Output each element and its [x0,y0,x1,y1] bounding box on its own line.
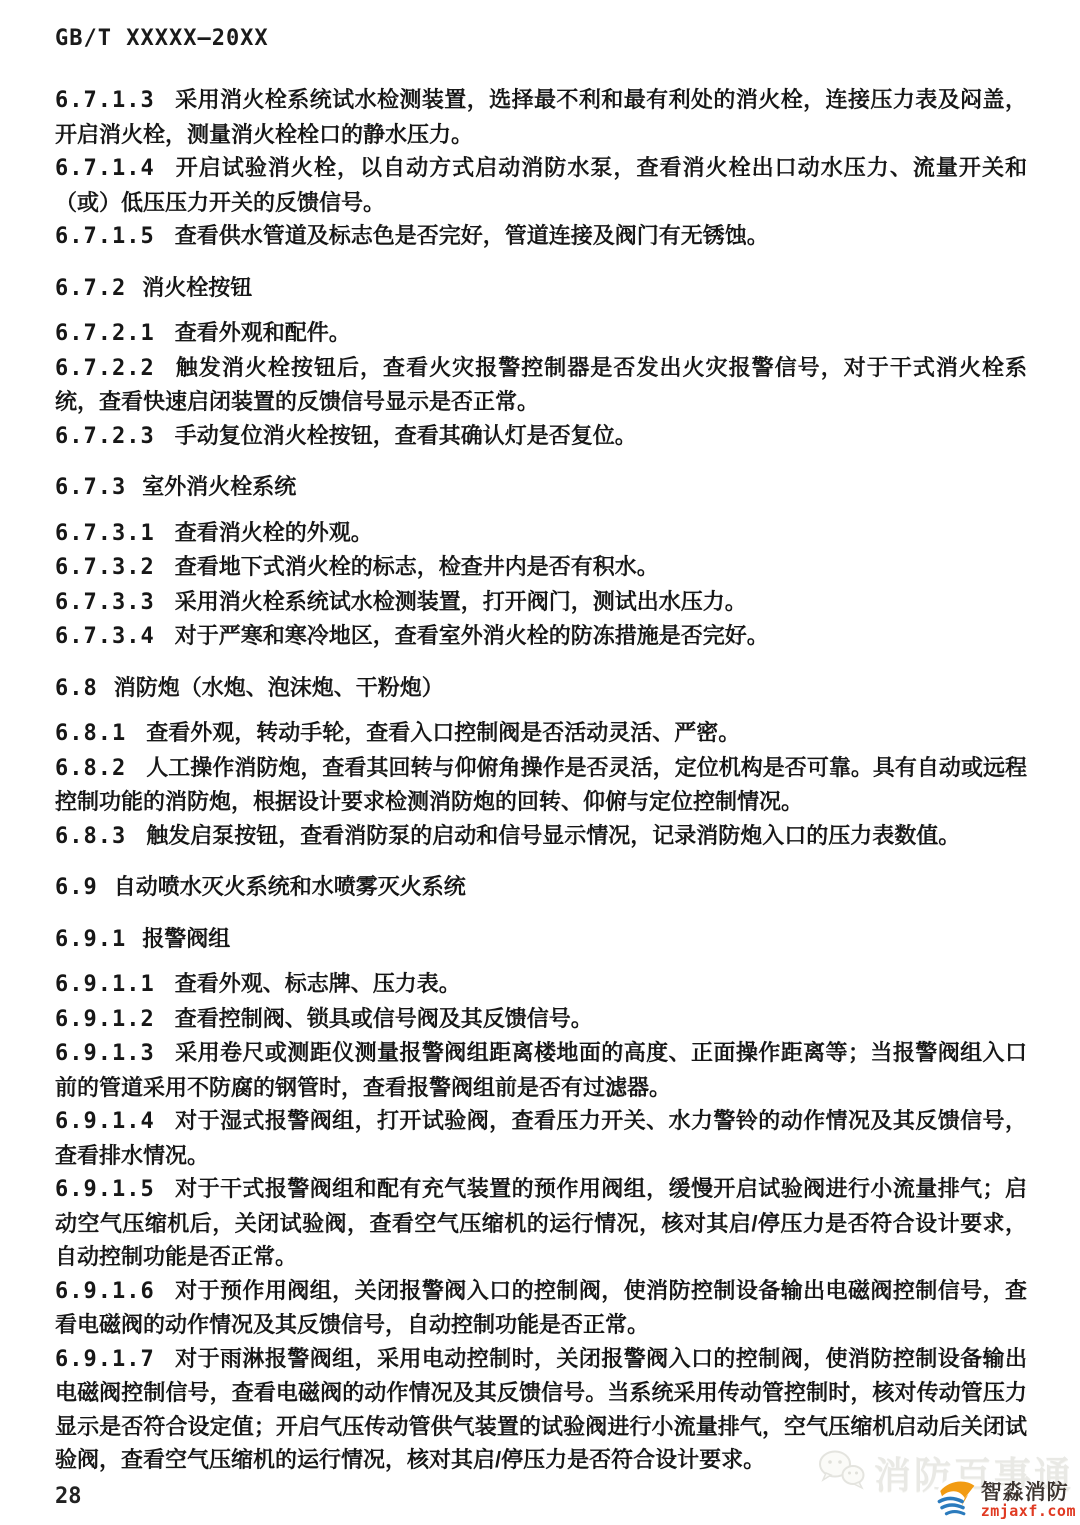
clause-text: 对于预作用阀组，关闭报警阀入口的控制阀，使消防控制设备输出电磁阀控制信号，查看电… [55,1278,1027,1338]
clause-number: 6.9 [55,875,114,900]
clause-number: 6.9.1.2 [55,1007,175,1032]
section-title: 消火栓按钮 [142,275,252,300]
clause-paragraph: 6.8.1查看外观，转动手轮，查看入口控制阀是否活动灵活、严密。 [55,716,1027,751]
clause-paragraph: 6.8.3触发启泵按钮，查看消防泵的启动和信号显示情况，记录消防炮入口的压力表数… [55,819,1027,854]
clause-text: 查看外观和配件。 [175,320,351,345]
section-heading: 6.8消防炮（水炮、泡沫炮、干粉炮） [55,671,1027,706]
document-page: GB/T XXXXX—20XX 6.7.1.3采用消火栓系统试水检测装置，选择最… [0,0,1080,1525]
clause-number: 6.7.2.1 [55,321,175,346]
clause-number: 6.9.1.1 [55,972,175,997]
clause-number: 6.7.1.3 [55,88,175,113]
zhimiao-logo-icon [935,1477,977,1524]
clause-number: 6.7.1.4 [55,156,175,181]
doc-code-header: GB/T XXXXX—20XX [55,26,1027,51]
clause-text: 采用消火栓系统试水检测装置，选择最不利和最有利处的消火栓，连接压力表及闷盖，开启… [55,87,1027,147]
clause-paragraph: 6.7.3.2查看地下式消火栓的标志，检查井内是否有积水。 [55,550,1027,585]
wechat-icon [816,1447,868,1498]
clause-number: 6.9.1.6 [55,1279,175,1304]
clause-paragraph: 6.7.2.3手动复位消火栓按钮，查看其确认灯是否复位。 [55,419,1027,454]
brand-logo: 智淼消防 zmjaxf.com [935,1477,1076,1524]
section-title: 消防炮（水炮、泡沫炮、干粉炮） [114,675,444,700]
section-heading: 6.7.3室外消火栓系统 [55,470,1027,505]
clause-paragraph: 6.7.3.1查看消火栓的外观。 [55,516,1027,551]
section-title: 自动喷水灭火系统和水喷雾灭火系统 [114,874,466,899]
doc-body: 6.7.1.3采用消火栓系统试水检测装置，选择最不利和最有利处的消火栓，连接压力… [55,83,1027,1477]
clause-text: 手动复位消火栓按钮，查看其确认灯是否复位。 [175,423,637,448]
clause-text: 采用卷尺或测距仪测量报警阀组距离楼地面的高度、正面操作距离等；当报警阀组入口前的… [55,1040,1027,1100]
clause-paragraph: 6.9.1.4对于湿式报警阀组，打开试验阀，查看压力开关、水力警铃的动作情况及其… [55,1104,1027,1172]
clause-number: 6.9.1.7 [55,1347,175,1372]
clause-text: 查看控制阀、锁具或信号阀及其反馈信号。 [175,1006,593,1031]
brand-text-block: 智淼消防 zmjaxf.com [981,1482,1076,1519]
clause-number: 6.8.3 [55,824,146,849]
clause-text: 查看外观，转动手轮，查看入口控制阀是否活动灵活、严密。 [146,720,740,745]
clause-text: 查看地下式消火栓的标志，检查井内是否有积水。 [175,554,659,579]
clause-number: 6.8 [55,676,114,701]
clause-paragraph: 6.9.1.6对于预作用阀组，关闭报警阀入口的控制阀，使消防控制设备输出电磁阀控… [55,1274,1027,1342]
clause-text: 人工操作消防炮，查看其回转与仰俯角操作是否灵活，定位机构是否可靠。具有自动或远程… [55,755,1027,815]
section-heading: 6.9自动喷水灭火系统和水喷雾灭火系统 [55,870,1027,905]
clause-text: 触发启泵按钮，查看消防泵的启动和信号显示情况，记录消防炮入口的压力表数值。 [146,823,960,848]
brand-name: 智淼消防 [981,1482,1076,1503]
clause-number: 6.7.2.3 [55,424,175,449]
clause-text: 开启试验消火栓，以自动方式启动消防水泵，查看消火栓出口动水压力、流量开关和（或）… [55,155,1027,215]
clause-paragraph: 6.7.2.1查看外观和配件。 [55,316,1027,351]
clause-paragraph: 6.7.2.2触发消火栓按钮后，查看火灾报警控制器是否发出火灾报警信号，对于干式… [55,351,1027,419]
clause-number: 6.8.2 [55,756,146,781]
clause-text: 采用消火栓系统试水检测装置，打开阀门，测试出水压力。 [175,589,747,614]
clause-text: 对于湿式报警阀组，打开试验阀，查看压力开关、水力警铃的动作情况及其反馈信号，查看… [55,1108,1027,1168]
clause-paragraph: 6.9.1.1查看外观、标志牌、压力表。 [55,967,1027,1002]
clause-number: 6.9.1.5 [55,1177,175,1202]
clause-number: 6.7.3.2 [55,555,175,580]
section-title: 室外消火栓系统 [142,474,296,499]
clause-paragraph: 6.8.2人工操作消防炮，查看其回转与仰俯角操作是否灵活，定位机构是否可靠。具有… [55,751,1027,819]
section-heading: 6.9.1报警阀组 [55,922,1027,957]
clause-text: 查看消火栓的外观。 [175,520,373,545]
page-number: 28 [55,1484,82,1509]
clause-paragraph: 6.7.3.4对于严寒和寒冷地区，查看室外消火栓的防冻措施是否完好。 [55,619,1027,654]
clause-text: 对于严寒和寒冷地区，查看室外消火栓的防冻措施是否完好。 [175,623,769,648]
clause-paragraph: 6.9.1.2查看控制阀、锁具或信号阀及其反馈信号。 [55,1002,1027,1037]
clause-number: 6.7.2 [55,276,142,301]
clause-number: 6.9.1.3 [55,1041,175,1066]
clause-paragraph: 6.7.1.4开启试验消火栓，以自动方式启动消防水泵，查看消火栓出口动水压力、流… [55,151,1027,219]
clause-text: 查看供水管道及标志色是否完好，管道连接及阀门有无锈蚀。 [175,223,769,248]
clause-number: 6.8.1 [55,721,146,746]
clause-number: 6.9.1 [55,927,142,952]
clause-number: 6.7.3.4 [55,624,175,649]
clause-text: 对于干式报警阀组和配有充气装置的预作用阀组，缓慢开启试验阀进行小流量排气；启动空… [55,1176,1027,1269]
clause-number: 6.7.3.3 [55,590,175,615]
clause-paragraph: 6.9.1.3采用卷尺或测距仪测量报警阀组距离楼地面的高度、正面操作距离等；当报… [55,1036,1027,1104]
clause-paragraph: 6.7.3.3采用消火栓系统试水检测装置，打开阀门，测试出水压力。 [55,585,1027,620]
clause-paragraph: 6.7.1.3采用消火栓系统试水检测装置，选择最不利和最有利处的消火栓，连接压力… [55,83,1027,151]
clause-number: 6.7.3.1 [55,521,175,546]
section-heading: 6.7.2消火栓按钮 [55,271,1027,306]
clause-paragraph: 6.9.1.5对于干式报警阀组和配有充气装置的预作用阀组，缓慢开启试验阀进行小流… [55,1172,1027,1274]
clause-text: 触发消火栓按钮后，查看火灾报警控制器是否发出火灾报警信号，对于干式消火栓系统，查… [55,355,1027,415]
clause-number: 6.7.3 [55,475,142,500]
section-title: 报警阀组 [142,926,230,951]
brand-url: zmjaxf.com [981,1504,1076,1519]
clause-number: 6.7.2.2 [55,356,175,381]
clause-text: 查看外观、标志牌、压力表。 [175,971,461,996]
clause-number: 6.9.1.4 [55,1109,175,1134]
clause-number: 6.7.1.5 [55,224,175,249]
clause-paragraph: 6.7.1.5查看供水管道及标志色是否完好，管道连接及阀门有无锈蚀。 [55,219,1027,254]
